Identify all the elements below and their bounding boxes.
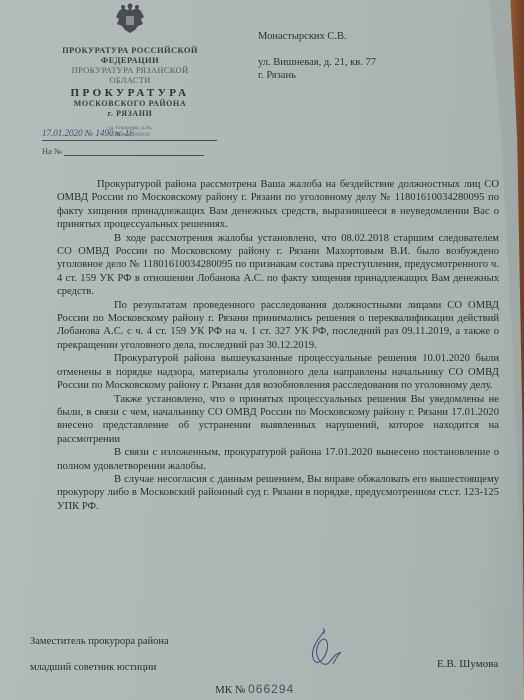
body-paragraph: Прокуратурой района вышеуказанные процес… bbox=[57, 352, 499, 392]
letter-body: Прокуратурой района рассмотрена Ваша жал… bbox=[57, 178, 499, 513]
signatory-rank: младший советник юстиции bbox=[30, 655, 169, 681]
org-name-line: ПРОКУРАТУРА РОССИЙСКОЙ bbox=[40, 45, 220, 55]
serial-label: МК № bbox=[215, 684, 245, 696]
reference-number-field: На № bbox=[42, 146, 204, 156]
registration-number-handwritten: 17.01.2020 № 1490ж-16 bbox=[42, 128, 217, 141]
body-paragraph: Также установлено, что о принятых процес… bbox=[57, 393, 499, 447]
letter-page: ПРОКУРАТУРА РОССИЙСКОЙ ФЕДЕРАЦИИ ПРОКУРА… bbox=[0, 0, 524, 700]
body-paragraph: В связи с изложенным, прокуратурой район… bbox=[57, 446, 499, 473]
signatory-position: Заместитель прокурора района младший сов… bbox=[30, 629, 169, 681]
body-paragraph: По результатам проведенного расследовани… bbox=[57, 299, 499, 353]
body-paragraph: В ходе рассмотрения жалобы установлено, … bbox=[57, 232, 499, 299]
serial-value: 066294 bbox=[248, 682, 294, 696]
letterhead: ПРОКУРАТУРА РОССИЙСКОЙ ФЕДЕРАЦИИ ПРОКУРА… bbox=[40, 2, 220, 139]
org-city: г. РЯЗАНИ bbox=[40, 109, 220, 119]
signatory-title: Заместитель прокурора района bbox=[30, 629, 169, 655]
form-serial-number: МК № 066294 bbox=[215, 682, 294, 696]
org-title: ПРОКУРАТУРА bbox=[40, 87, 220, 99]
org-name-line: ОБЛАСТИ bbox=[40, 75, 220, 85]
body-paragraph: В случае несогласия с данным решением, В… bbox=[57, 473, 499, 513]
body-paragraph: Прокуратурой района рассмотрена Ваша жал… bbox=[57, 178, 499, 232]
recipient-street: ул. Вишневая, д. 21, кв. 77 bbox=[258, 56, 376, 69]
double-headed-eagle-icon bbox=[113, 2, 147, 36]
org-name-line: ФЕДЕРАЦИИ bbox=[40, 55, 220, 65]
recipient-address-block: Монастырских С.В. ул. Вишневая, д. 21, к… bbox=[258, 30, 376, 82]
recipient-city: г. Рязань bbox=[258, 69, 376, 82]
signatory-name: Е.В. Шумова bbox=[437, 658, 498, 670]
org-name-line: ПРОКУРАТУРА РЯЗАНСКОЙ bbox=[40, 65, 220, 75]
reference-blank-line bbox=[64, 155, 204, 156]
org-subtitle: МОСКОВСКОГО РАЙОНА bbox=[40, 99, 220, 109]
handwritten-signature-icon bbox=[305, 626, 345, 670]
recipient-name: Монастырских С.В. bbox=[258, 30, 376, 43]
reference-label: На № bbox=[42, 146, 62, 156]
